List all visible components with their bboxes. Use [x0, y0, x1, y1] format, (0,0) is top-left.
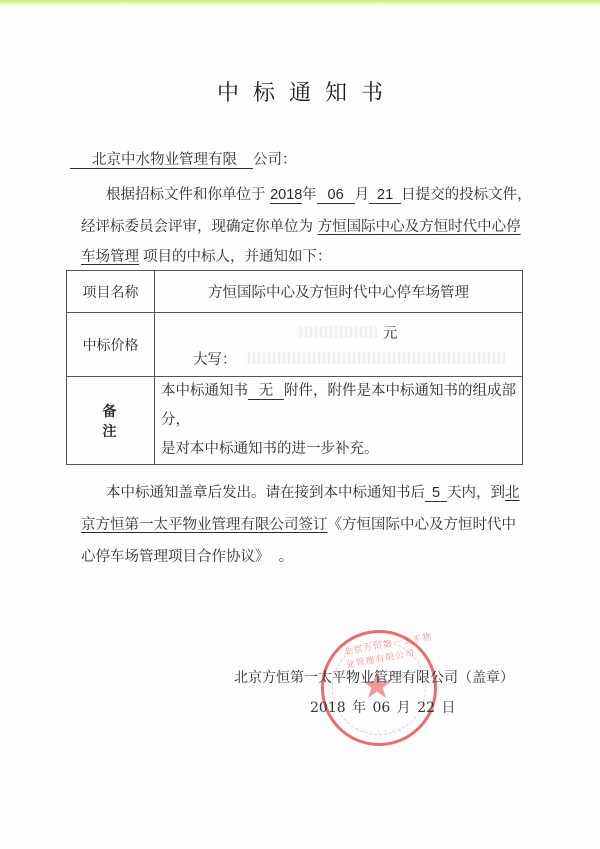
scan-top-fade — [0, 4, 600, 10]
paragraph1-line3-suffix: 项目的中标人，并通知如下： — [143, 249, 332, 265]
bid-year: 2018 — [270, 188, 302, 204]
day-suffix: 日提交的投标文件， — [401, 187, 532, 203]
agreement-part2: 心停车场管理项目合作协议》 — [81, 549, 270, 565]
remarks-line2: 是对本中标通知书的进一步补充。 — [161, 435, 522, 464]
value-remarks: 本中标通知书无附件，附件是本中标通知书的组成部分， 是对本中标通知书的进一步补充… — [155, 377, 523, 465]
project-name-part1: 方恒国际中心及方恒时代中心停 — [318, 219, 521, 235]
paragraph1-line2-prefix: 经评标委员会评审，现确定你单位为 — [81, 219, 313, 235]
year-unit: 年 — [302, 187, 317, 203]
paragraph2-end: 。 — [279, 549, 294, 565]
table-row-price: 中标价格 元 大写： — [67, 313, 523, 377]
paragraph2-prefix: 本中标通知盖章后发出。请在接到本中标通知书后 — [106, 485, 425, 501]
table-row-remarks: 备 注 本中标通知书无附件，附件是本中标通知书的组成部分， 是对本中标通知书的进… — [67, 377, 523, 465]
attachment-value: 无 — [248, 384, 284, 400]
stamp-code: · · · · · · · — [362, 728, 409, 735]
agreement-part1: 《方恒国际中心及方恒时代中 — [328, 517, 517, 533]
paragraph2-mid: 天内，到 — [447, 485, 505, 501]
price-amount-line: 元 — [155, 319, 522, 345]
redacted-amount — [297, 326, 377, 338]
paragraph1-line1: 根据招标文件和你单位于 2018年06月21日提交的投标文件， — [106, 183, 532, 204]
month-unit: 月 — [355, 187, 370, 203]
value-price: 元 大写： — [155, 313, 523, 377]
company-part1: 北 — [505, 485, 520, 501]
paragraph2-line3: 心停车场管理项目合作协议》 。 — [81, 545, 293, 566]
addressee-line: 北京中水物业管理有限公司： — [70, 148, 297, 169]
deadline-days: 5 — [425, 486, 447, 502]
price-uppercase-line: 大写： — [155, 345, 522, 371]
redacted-uppercase-amount — [245, 352, 505, 364]
table-row-project-name: 项目名称 方恒国际中心及方恒时代中心停车场管理 — [67, 271, 523, 313]
award-table: 项目名称 方恒国际中心及方恒时代中心停车场管理 中标价格 元 大写： 备 注 本… — [66, 270, 523, 465]
paragraph2-line2: 京方恒第一太平物业管理有限公司签订《方恒国际中心及方恒时代中 — [81, 513, 516, 534]
addressee-company: 北京中水物业管理有限 — [70, 153, 253, 169]
label-remarks: 备 注 — [67, 377, 155, 465]
value-project-name: 方恒国际中心及方恒时代中心停车场管理 — [155, 271, 523, 313]
bid-day: 21 — [369, 188, 401, 204]
project-name-part2: 车场管理 — [81, 249, 143, 265]
label-price: 中标价格 — [67, 313, 155, 377]
company-seal-stamp: 北京方恒第一太平物业管理有限公司 ★ · · · · · · · — [321, 630, 437, 746]
paragraph1-prefix: 根据招标文件和你单位于 — [106, 187, 266, 203]
remarks-line1: 本中标通知书无附件，附件是本中标通知书的组成部分， — [161, 377, 522, 435]
bid-month: 06 — [317, 188, 355, 204]
amount-unit: 元 — [383, 322, 398, 343]
document-title: 中标通知书 — [0, 76, 600, 107]
remarks-prefix: 本中标通知书 — [161, 383, 248, 399]
issuer-signature: 北京方恒第一太平物业管理有限公司（盖章） — [234, 667, 514, 687]
addressee-suffix: 公司： — [253, 152, 297, 168]
paragraph1-line2: 经评标委员会评审，现确定你单位为 方恒国际中心及方恒时代中心停 — [81, 215, 521, 236]
issue-date: 2018 年 06 月 22 日 — [310, 697, 456, 717]
label-project-name: 项目名称 — [67, 271, 155, 313]
uppercase-label: 大写： — [193, 348, 237, 369]
paragraph1-line3: 车场管理项目的中标人，并通知如下： — [81, 245, 332, 266]
paragraph2-line1: 本中标通知盖章后发出。请在接到本中标通知书后5天内，到北 — [106, 481, 520, 502]
company-part2: 京方恒第一太平物业管理有限公司签订 — [81, 517, 328, 533]
